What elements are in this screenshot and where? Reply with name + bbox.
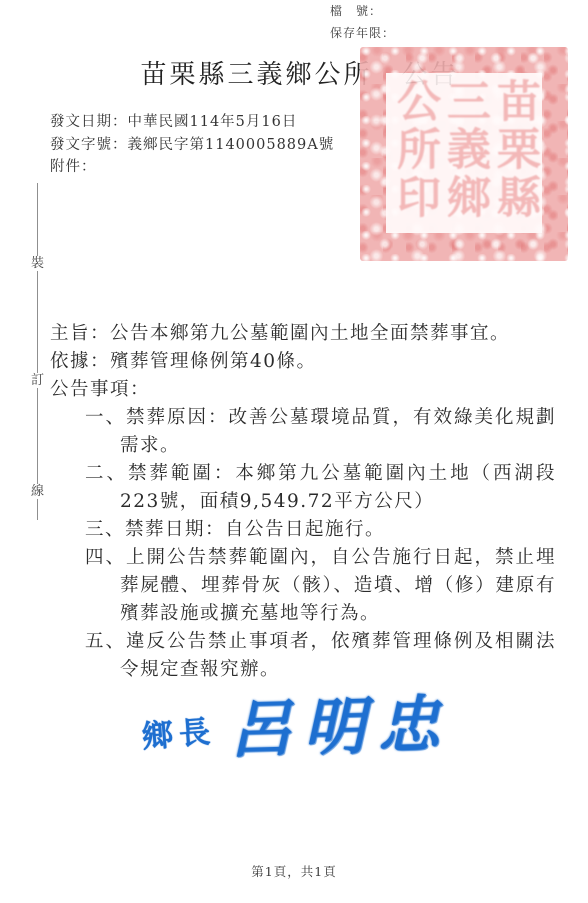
seal-inner-face: 苗栗縣三義鄉公所印 (386, 73, 542, 233)
item-2-number: 二、 (85, 463, 128, 484)
item-4-number: 四、 (85, 547, 126, 568)
archive-labels: 檔 號： 保存年限： (330, 0, 395, 44)
announcement-item-4: 四、上開公告禁葬範圍內，自公告施行日起，禁止埋葬屍體、埋葬骨灰（骸）、造墳、增（… (120, 544, 556, 628)
item-3-text: 禁葬日期：自公告日起施行。 (125, 519, 385, 540)
binding-mark-ding: 訂 (30, 373, 45, 388)
item-1-number: 一、 (85, 407, 126, 428)
binding-mark-xian: 線 (30, 484, 45, 499)
binding-margin-line (37, 183, 38, 520)
item-2-text: 禁葬範圍：本鄉第九公墓範圍內土地（西湖段223號，面積9,549.72平方公尺） (120, 463, 556, 512)
announcement-item-5: 五、違反公告禁止事項者，依殯葬管理條例及相關法令規定查報究辦。 (120, 628, 556, 684)
items-heading: 公告事項： (50, 376, 556, 404)
mayor-signature-stamp: 鄉長 呂明忠 (141, 674, 483, 772)
item-5-text: 違反公告禁止事項者，依殯葬管理條例及相關法令規定查報究辦。 (120, 631, 556, 680)
file-number-label: 檔 號： (330, 0, 395, 22)
announcement-item-3: 三、禁葬日期：自公告日起施行。 (120, 516, 556, 544)
item-4-text: 上開公告禁葬範圍內，自公告施行日起，禁止埋葬屍體、埋葬骨灰（骸）、造墳、增（修）… (120, 547, 556, 624)
item-3-number: 三、 (85, 519, 125, 540)
mayor-name-calligraphy: 呂明忠 (228, 674, 452, 769)
basis-line: 依據：殯葬管理條例第40條。 (50, 348, 556, 376)
announcement-body: 主旨：公告本鄉第九公墓範圍內土地全面禁葬事宜。 依據：殯葬管理條例第40條。 公… (50, 320, 556, 684)
page-number-footer: 第1頁，共1頁 (0, 862, 588, 880)
document-meta: 發文日期：中華民國114年5月16日 發文字號：義鄉民字第1140005889A… (50, 111, 334, 179)
announcement-item-1: 一、禁葬原因：改善公墓環境品質，有效綠美化規劃需求。 (120, 404, 556, 460)
official-red-seal: 苗栗縣三義鄉公所印 (360, 47, 568, 261)
item-5-number: 五、 (85, 631, 126, 652)
doc-number-line: 發文字號：義鄉民字第1140005889A號 (50, 134, 334, 157)
seal-script-text: 苗栗縣三義鄉公所印 (389, 78, 539, 228)
item-1-text: 禁葬原因：改善公墓環境品質，有效綠美化規劃需求。 (120, 407, 556, 456)
mayor-title: 鄉長 (140, 706, 217, 757)
issue-date-line: 發文日期：中華民國114年5月16日 (50, 111, 334, 134)
subject-line: 主旨：公告本鄉第九公墓範圍內土地全面禁葬事宜。 (50, 320, 556, 348)
announcement-item-2: 二、禁葬範圍：本鄉第九公墓範圍內土地（西湖段223號，面積9,549.72平方公… (120, 460, 556, 516)
binding-mark-zhuang: 裝 (30, 256, 45, 271)
retention-period-label: 保存年限： (330, 22, 395, 44)
attachment-line: 附件： (50, 156, 334, 179)
announcement-document-page: 檔 號： 保存年限： 苗栗縣三義鄉公所 公告 苗栗縣三義鄉公所印 發文日期：中華… (0, 0, 588, 903)
